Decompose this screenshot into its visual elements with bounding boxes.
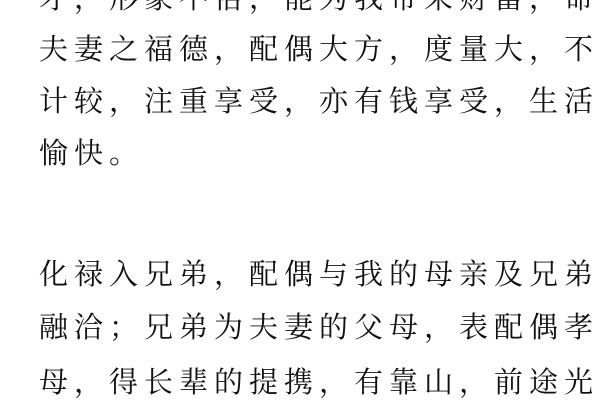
text-line: 化禄入兄弟，配偶与我的母亲及兄弟相处 [39, 256, 579, 292]
text-line: 愉快。 [39, 135, 579, 171]
text-line: 才，形象不俗，能为我带来财富，命宫为 [39, 0, 579, 16]
text-line: 融洽；兄弟为夫妻的父母，表配偶孝顺父 [39, 309, 579, 345]
document-page: 才，形象不俗，能为我带来财富，命宫为 夫妻之福德，配偶大方，度量大，不与人 计较… [0, 0, 600, 400]
text-line: 母，得长辈的提携，有靠山，前途光明 [39, 364, 579, 400]
text-line: 夫妻之福德，配偶大方，度量大，不与人 [39, 31, 579, 67]
text-line: 计较，注重享受，亦有钱享受，生活幸福 [39, 83, 579, 119]
